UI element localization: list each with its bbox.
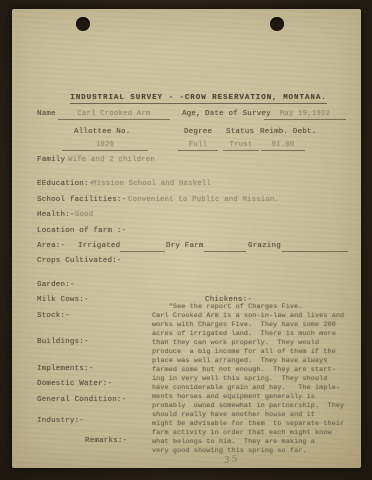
area-label: Area:- [37,242,65,250]
area-dry-farm-blank [204,242,246,252]
degree-value: Full [178,141,218,151]
implements-label: Implements:- [37,365,93,373]
degree-header: Degree [184,128,212,136]
area-field: Area:- Irrigated Dry Farm Grazing [12,242,361,253]
status-header: Status [226,128,254,136]
health-field: Health:- Good [12,211,361,222]
school-facilities-value: Convenient to Public and Mission. [128,196,279,204]
page-title: INDUSTRIAL SURVEY - -CROW RESERVATION, M… [70,94,326,104]
name-value: Carl Crooked Arm [58,110,170,120]
family-value: Wife and 2 children [68,156,155,164]
date-of-survey-value: May 19,1922 [264,110,346,120]
domestic-water-label: Domestic Water:- [37,380,112,388]
scanned-document-page: INDUSTRIAL SURVEY - -CROW RESERVATION, M… [12,9,361,468]
reimb-debt-header: Reimb. Debt. [260,128,316,136]
health-value: Good [75,211,93,219]
garden-label: Garden:- [37,281,75,289]
education-field: EEducation:- Mission School and Haskell [12,180,361,191]
education-label: EEducation:- [37,180,93,188]
area-grazing-blank [282,242,348,252]
area-irrigated-blank [120,242,165,252]
industry-label: Industry:- [37,417,84,425]
date-of-survey-label: Date of Survey [205,110,271,118]
remarks-paragraph: "See the report of Charges Five. Carl Cr… [152,303,364,456]
handwritten-page-number: 35 [223,454,240,467]
area-dry-farm-label: Dry Farm [166,242,204,250]
reimb-debt-value: 91.00 [261,141,305,151]
age-label: Age, [182,110,201,118]
punch-hole-left [76,17,90,31]
buildings-label: Buildings:- [37,338,89,346]
stock-label: Stock:- [37,312,70,320]
punch-hole-right [270,17,284,31]
school-facilities-label: School facilities:- [37,196,126,204]
name-row: Name Carl Crooked Arm Age, Date of Surve… [12,110,361,121]
allottee-no-value: 1026 [62,141,148,151]
education-value: Mission School and Haskell [92,180,211,188]
milk-cows-label: Milk Cows:- [37,296,89,304]
area-grazing-label: Grazing [248,242,281,250]
garden-field: Garden:- [12,281,361,292]
general-condition-label: General Condition:- [37,396,126,404]
crops-cultivated-label: Crops Cultivated:- [37,257,122,265]
remarks-label: Remarks:- [85,437,127,445]
location-of-farm-field: Location of farm :- [12,227,361,238]
family-field: Family Wife and 2 children [12,156,361,167]
family-label: Family [37,156,65,164]
allotment-header-row: Allottee No. Degree Status Reimb. Debt. [12,128,361,139]
allotment-value-row: 1026 Full Trust 91.00 [12,141,361,152]
area-irrigated-label: Irrigated [78,242,120,250]
status-value: Trust [223,141,259,151]
health-label: Health:- [37,211,75,219]
location-of-farm-label: Location of farm :- [37,227,126,235]
allottee-no-header: Allottee No. [74,128,130,136]
scanned-survey-photo: { "colors": { "background": "#2a2218", "… [0,0,372,480]
school-facilities-field: School facilities:- Convenient to Public… [12,196,361,207]
crops-cultivated-field: Crops Cultivated:- [12,257,361,268]
name-label: Name [37,110,56,118]
